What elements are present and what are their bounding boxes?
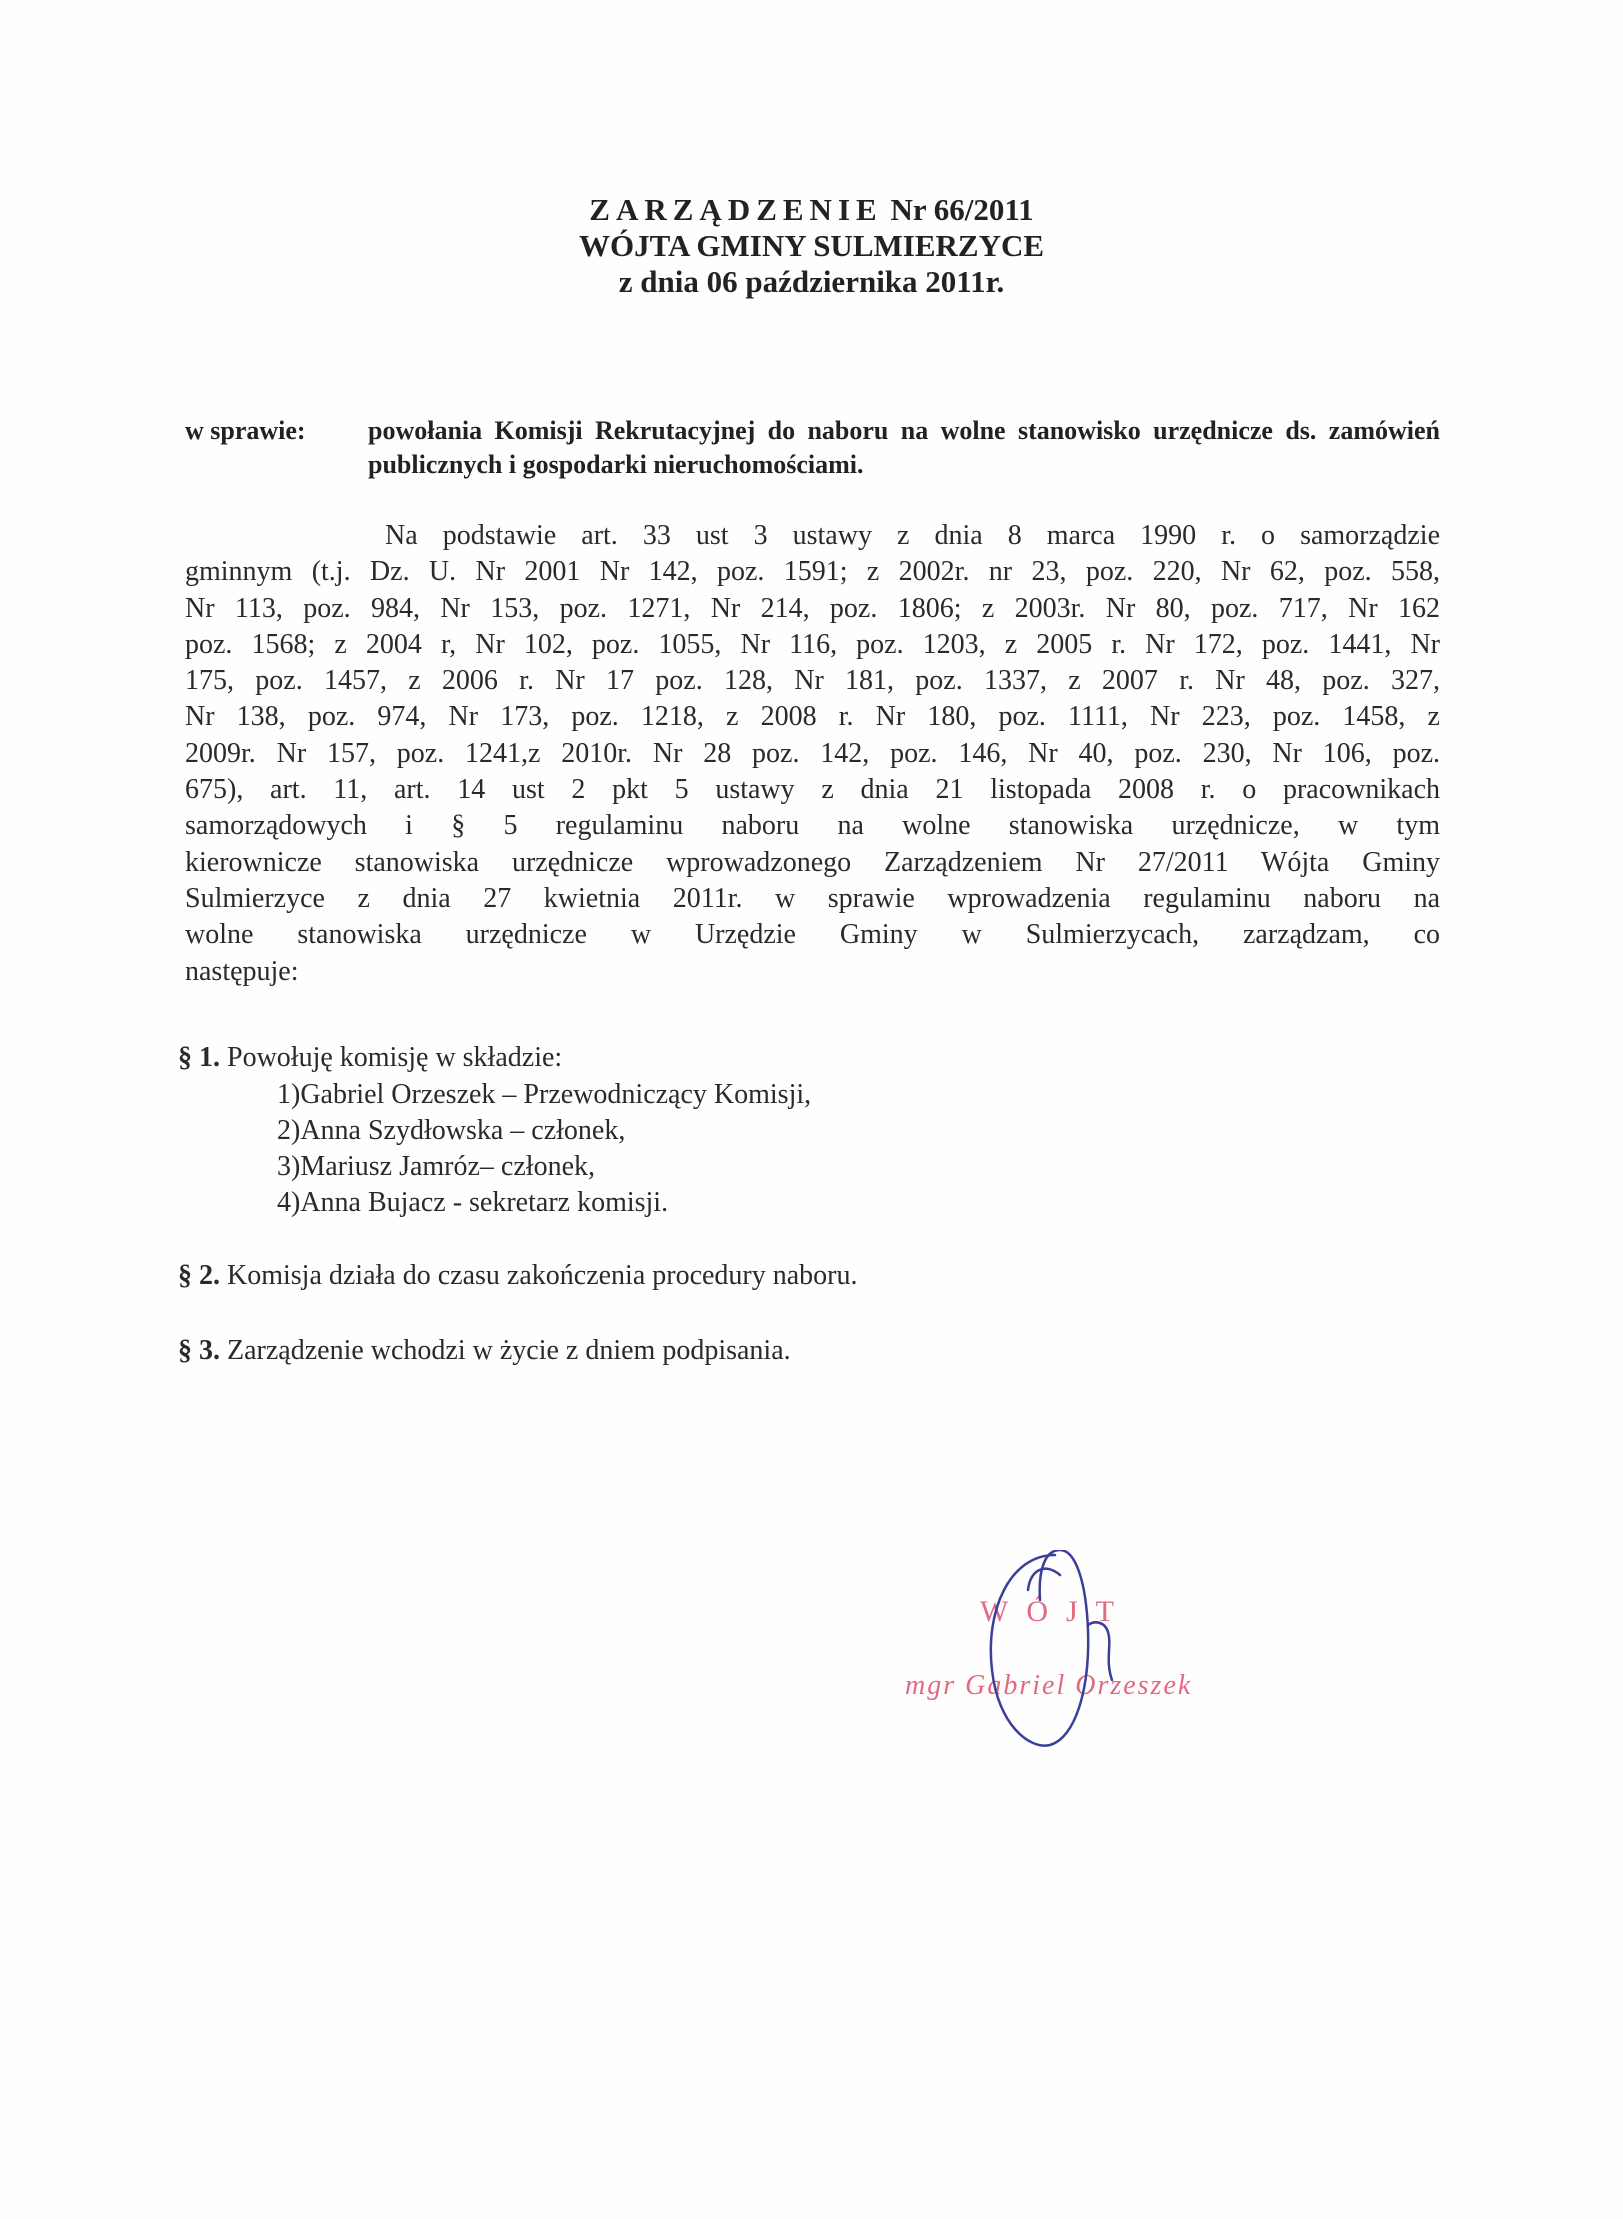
section-2: § 2. Komisja działa do czasu zakończenia…	[178, 1258, 858, 1294]
subject-label: w sprawie:	[185, 414, 306, 448]
preamble-line: kierownicze stanowiska urzędnicze wprowa…	[185, 845, 1440, 881]
handwritten-signature-icon	[900, 1550, 1320, 1750]
document-header: ZARZĄDZENIE Nr 66/2011 WÓJTA GMINY SULMI…	[0, 192, 1623, 300]
committee-members: 1)Gabriel Orzeszek – Przewodniczący Komi…	[277, 1077, 811, 1221]
section-text: Powołuję komisję w składzie:	[227, 1042, 562, 1073]
member-item: 3)Mariusz Jamróz– członek,	[277, 1149, 811, 1185]
title-word: ZARZĄDZENIE	[589, 192, 882, 227]
section-text: Zarządzenie wchodzi w życie z dniem podp…	[227, 1335, 791, 1366]
member-item: 1)Gabriel Orzeszek – Przewodniczący Komi…	[277, 1077, 811, 1113]
issuer: WÓJTA GMINY SULMIERZYCE	[0, 228, 1623, 264]
title-number: Nr 66/2011	[890, 192, 1033, 227]
section-number: § 1.	[178, 1042, 220, 1073]
preamble-line: Nr 138, poz. 974, Nr 173, poz. 1218, z 2…	[185, 699, 1440, 735]
section-number: § 2.	[178, 1260, 220, 1291]
preamble-line: 175, poz. 1457, z 2006 r. Nr 17 poz. 128…	[185, 663, 1440, 699]
preamble-line: wolne stanowiska urzędnicze w Urzędzie G…	[185, 917, 1440, 953]
preamble-line: Sulmierzyce z dnia 27 kwietnia 2011r. w …	[185, 881, 1440, 917]
preamble-line: Nr 113, poz. 984, Nr 153, poz. 1271, Nr …	[185, 591, 1440, 627]
preamble-line: gminnym (t.j. Dz. U. Nr 2001 Nr 142, poz…	[185, 554, 1440, 590]
section-1: § 1. Powołuję komisję w składzie:	[178, 1040, 562, 1076]
preamble-line: 2009r. Nr 157, poz. 1241,z 2010r. Nr 28 …	[185, 736, 1440, 772]
issue-date: z dnia 06 października 2011r.	[0, 264, 1623, 300]
document-title: ZARZĄDZENIE Nr 66/2011	[0, 192, 1623, 228]
document-page: ZARZĄDZENIE Nr 66/2011 WÓJTA GMINY SULMI…	[0, 0, 1623, 2219]
preamble-line: Na podstawie art. 33 ust 3 ustawy z dnia…	[185, 518, 1440, 554]
preamble: Na podstawie art. 33 ust 3 ustawy z dnia…	[185, 518, 1440, 990]
section-text: Komisja działa do czasu zakończenia proc…	[227, 1260, 858, 1291]
section-number: § 3.	[178, 1335, 220, 1366]
member-item: 4)Anna Bujacz - sekretarz komisji.	[277, 1185, 811, 1221]
preamble-line: następuje:	[185, 954, 1440, 990]
preamble-line: samorządowych i § 5 regulaminu naboru na…	[185, 808, 1440, 844]
member-item: 2)Anna Szydłowska – członek,	[277, 1113, 811, 1149]
signature-stamp: WÓJT mgr Gabriel Orzeszek	[900, 1550, 1320, 1750]
preamble-line: 675), art. 11, art. 14 ust 2 pkt 5 ustaw…	[185, 772, 1440, 808]
subject-text: powołania Komisji Rekrutacyjnej do nabor…	[368, 414, 1440, 482]
section-3: § 3. Zarządzenie wchodzi w życie z dniem…	[178, 1333, 791, 1369]
preamble-line: poz. 1568; z 2004 r, Nr 102, poz. 1055, …	[185, 627, 1440, 663]
